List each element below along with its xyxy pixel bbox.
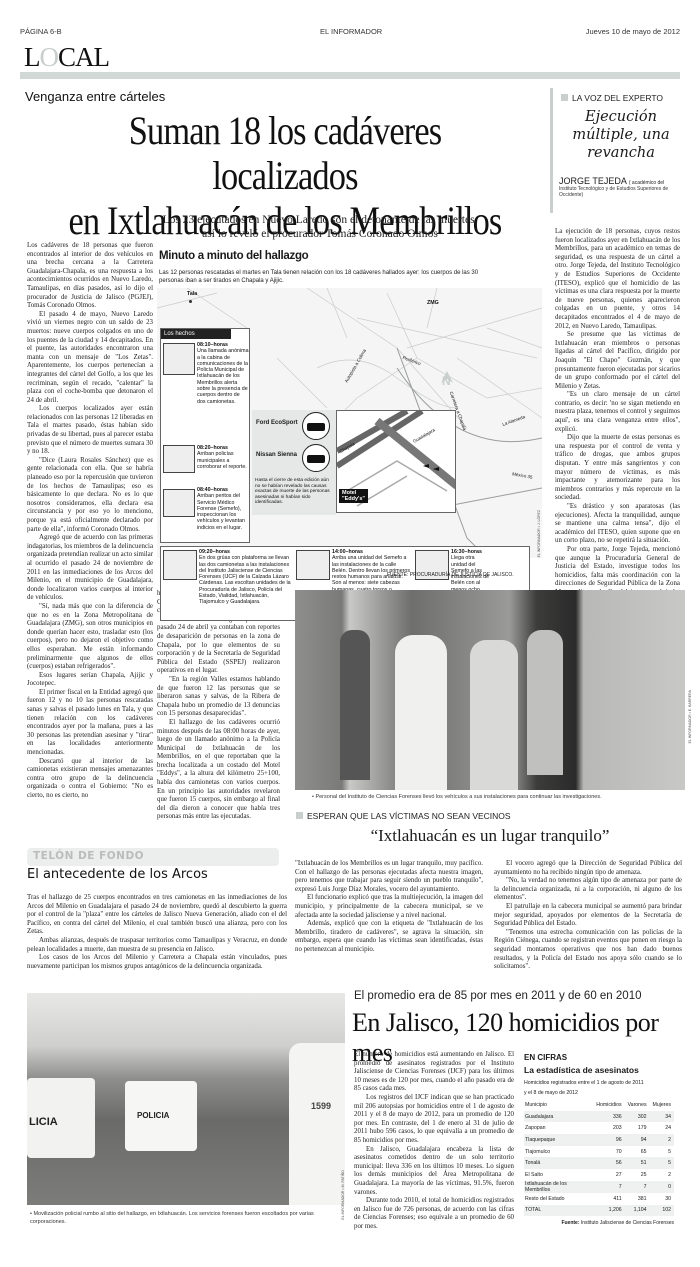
photo-figure [527, 630, 563, 775]
deck-line-1: Los 23 ejecutados en Nuevo Laredo son el… [100, 213, 540, 227]
table-row: Tonalá56515 [524, 1157, 674, 1169]
tow-truck-illustration [163, 550, 197, 580]
table-row: Ixtlahuacán de los Membrillos770 [524, 1181, 674, 1193]
infographic-description: Las 12 personas rescatadas el martes en … [159, 269, 479, 285]
cell: Guadalajara [524, 1111, 593, 1123]
cell: 0 [650, 1181, 674, 1193]
photo-forensic-van: 1599 [289, 1043, 345, 1205]
paragraph: Coronado Olmos aseguró que desde el pasa… [157, 616, 280, 676]
cell: 25 [625, 1169, 650, 1181]
cell: El Salto [524, 1169, 593, 1181]
paragraph: Durante todo 2010, el total de homicidio… [354, 1197, 514, 1231]
police-illustration [163, 445, 195, 473]
main-deck: Los 23 ejecutados en Nuevo Laredo son el… [100, 213, 540, 241]
cell: 411 [593, 1193, 624, 1205]
issue-date: Jueves 10 de mayo de 2012 [586, 27, 680, 36]
homicides-body: El número de homicidios está aumentando … [354, 1051, 514, 1231]
phone-call-illustration [163, 343, 195, 375]
cell: Tlaquepaque [524, 1134, 593, 1146]
stats-subtitle: Homicidios registrados entre el 1 de ago… [524, 1078, 684, 1098]
homicides-table: Municipio Homicidios Varones Mujeres Gua… [524, 1099, 674, 1216]
headline-line-1: Suman 18 los cadáveres localizados [61, 108, 508, 198]
cell: 5 [650, 1157, 674, 1169]
source-label: Fuente: [561, 1220, 579, 1226]
cell: 7 [593, 1181, 624, 1193]
section-rule [20, 72, 680, 79]
paragraph: Descartó que al interior de las camionet… [27, 758, 153, 801]
page-header: PÁGINA 6-B EL INFORMADOR Jueves 10 de ma… [20, 27, 680, 37]
north-label: N [442, 378, 451, 384]
paragraph: "No, la verdad no tenemos algún tipo de … [494, 877, 682, 903]
table-row: Tlajomulco70655 [524, 1146, 674, 1158]
event-0920: 09:20–horas En dos grúas con plataforma … [199, 549, 291, 606]
photo1-caption: • Personal del Instituto de Ciencias For… [312, 794, 602, 800]
cell: 2 [650, 1169, 674, 1181]
sidebar-headline: “Ixtlahuacán es un lugar tranquilo” [295, 826, 685, 846]
cell: 179 [625, 1122, 650, 1134]
background-body: Tras el hallazgo de 25 cuerpos encontrad… [27, 894, 287, 971]
table-header: Municipio Homicidios Varones Mujeres [524, 1099, 674, 1111]
section-title-rest: CAL [58, 42, 109, 72]
paragraph: El primer fiscal en la Entidad agregó qu… [27, 689, 153, 758]
expert-column: La ejecución de 18 personas, cuyos resto… [555, 228, 680, 606]
background-headline: El antecedente de los Arcos [27, 867, 208, 882]
truck-sign: POLICIA [137, 1111, 169, 1120]
cell: 70 [593, 1146, 624, 1158]
stats-title: La estadística de asesinatos [524, 1065, 684, 1075]
event-text: Una llamada anónima a la cabina de comun… [197, 348, 249, 404]
forensics-photo [295, 590, 685, 790]
cell: 94 [625, 1134, 650, 1146]
paragraph: El funcionario explicó que tras la multi… [295, 894, 483, 920]
table-row: El Salto27252 [524, 1169, 674, 1181]
paragraph: Los cadáveres de 18 personas que fueron … [27, 242, 153, 311]
expert-affiliation: Instituto Tecnológico y de Estudios Supe… [559, 186, 683, 198]
main-story-column-1: Los cadáveres de 18 personas que fueron … [27, 242, 153, 801]
table-row: Resto del Estado41138130 [524, 1193, 674, 1205]
cell: 96 [593, 1134, 624, 1146]
cell: 34 [650, 1111, 674, 1123]
cell: 56 [593, 1157, 624, 1169]
vehicles-panel: Ford EcoSport Nissan Sienna Hasta el cie… [252, 410, 336, 515]
paragraph: Ambas alianzas, después de traspasar ter… [27, 937, 287, 954]
author-name: JORGE TEJEDA [559, 176, 626, 186]
paragraph: Dijo que la muerte de estas personas es … [555, 434, 680, 503]
table-row-total: TOTAL1,2061,104102 [524, 1205, 674, 1217]
cell: 336 [593, 1111, 624, 1123]
infographic-source: FUENTE: PROCURADURÍA DE JUSTICIA DE JALI… [387, 572, 514, 578]
paragraph: El patrullaje en la cabecera municipal s… [494, 903, 682, 929]
photo-police-truck-center: POLICIA [125, 1081, 197, 1151]
tala-marker-icon [189, 300, 192, 303]
photo-figure-officer [470, 640, 518, 790]
event-text: Arriban policías municipales a corrobora… [197, 451, 247, 470]
stats-source: Fuente: Instituto Jalisciense de Ciencia… [524, 1220, 674, 1226]
sidebar-column-a: "Ixtlahuacán de los Membrillos es un lug… [295, 860, 483, 955]
police-convoy-photo: LICIA POLICIA 1599 [27, 993, 345, 1205]
cell: Zapopan [524, 1122, 593, 1134]
table-row: Zapopan20317924 [524, 1122, 674, 1134]
map: Tala ZMG Autopista a Colima Periférico C… [157, 288, 542, 558]
cell: Tonalá [524, 1157, 593, 1169]
expert-box: LA VOZ DEL EXPERTO Ejecución múltiple, u… [550, 88, 680, 213]
section-title: LOCAL [24, 42, 109, 73]
section-title-o: O [40, 42, 59, 72]
main-story-column-2: hay ninguna amenaza en contra del Gobier… [157, 590, 280, 822]
paragraph: Agregó que de acuerdo con las primeras i… [27, 534, 153, 603]
event-text: En dos grúas con plataforma se llevan la… [199, 555, 291, 605]
deck-line-2: así lo reveló el procurador Tomás Corona… [100, 227, 540, 241]
stats-box: EN CIFRAS La estadística de asesinatos H… [524, 1053, 684, 1226]
map-label-tala: Tala [187, 291, 197, 297]
cell: 2 [650, 1134, 674, 1146]
paragraph: La ejecución de 18 personas, cuyos resto… [555, 228, 680, 331]
paragraph: "Dice (Laura Rosales Sánchez) que es gen… [27, 457, 153, 534]
sidebar-column-b: El vocero agregó que la Dirección de Seg… [494, 860, 682, 972]
event-0810: 08:10–horas Una llamada anónima a la cab… [197, 342, 249, 405]
cell: Resto del Estado [524, 1193, 593, 1205]
event-0840: 08:40–horas Arriban peritos del Servicio… [197, 487, 249, 531]
stats-subtitle-line-1: Homicidios registrados entre el 1 de ago… [524, 1078, 684, 1088]
paragraph: "Tenemos una estrecha comunicación con l… [494, 929, 682, 972]
infographic-credit: EL INFORMADOR • J. LÓPEZ [537, 510, 541, 557]
map-label-zmg: ZMG [427, 300, 439, 306]
column-header: Varones [625, 1099, 650, 1111]
cell: Tlajomulco [524, 1146, 593, 1158]
infographic-title: Minuto a minuto del hallazgo [159, 250, 308, 262]
paragraph: "Es un claro mensaje de un cártel contra… [555, 391, 680, 434]
unit-number: 1599 [311, 1101, 331, 1111]
column-header: Municipio [524, 1099, 593, 1111]
forensics-illustration [163, 489, 195, 517]
paragraph: Tras el hallazgo de 25 cuerpos encontrad… [27, 894, 287, 937]
cell: 5 [650, 1146, 674, 1158]
paragraph: Los casos de los Arcos del Milenio y Car… [27, 954, 287, 971]
photo1-credit: EL INFORMADOR • E. BARRERA [688, 690, 692, 743]
events-panel: Los hechos 08:10–horas Una llamada anóni… [160, 328, 250, 543]
column-header: Homicidios [593, 1099, 624, 1111]
semefo-van-illustration [296, 550, 330, 580]
van-icon [302, 444, 330, 472]
paragraph: El pasado 4 de mayo, Nuevo Laredo vivió … [27, 311, 153, 406]
events-panel-header: Los hechos [161, 329, 231, 339]
expert-author: JORGE TEJEDA ( académico del [559, 176, 683, 186]
paragraph: Los registros del IJCF indican que se ha… [354, 1094, 514, 1146]
photo2-caption: • Movilización policial rumbo al sitio d… [30, 1210, 342, 1226]
paragraph: El vocero agregó que la Dirección de Seg… [494, 860, 682, 877]
paragraph: En Jalisco, Guadalajara encabeza la list… [354, 1146, 514, 1198]
background-label-bar: TELÓN DE FONDO [27, 848, 279, 866]
paragraph: El hallazgo de los cadáveres ocurrió min… [157, 719, 280, 822]
table-row: Guadalajara33630234 [524, 1111, 674, 1123]
vehicle-label-ecosport: Ford EcoSport [256, 420, 298, 426]
cell: 7 [625, 1181, 650, 1193]
event-0820: 08:20–horas Arriban policías municipales… [197, 445, 249, 470]
cell: 65 [625, 1146, 650, 1158]
paragraph: Esos lugares serían Chapala, Ajijic y Jo… [27, 672, 153, 689]
paragraph: Se presume que las víctimas de Ixtlahuac… [555, 331, 680, 391]
paragraph: "Sí, nada más que con la diferencia de q… [27, 603, 153, 672]
paragraph: Los cuerpos localizados ayer están relac… [27, 405, 153, 457]
paragraph: El número de homicidios está aumentando … [354, 1051, 514, 1094]
cell: 381 [625, 1193, 650, 1205]
infographic: Minuto a minuto del hallazgo Las 12 pers… [157, 250, 542, 580]
suv-icon [302, 412, 330, 440]
paragraph: "En la región Valles estamos hablando de… [157, 676, 280, 719]
cell: 51 [625, 1157, 650, 1169]
homicides-kicker: El promedio era de 85 por mes en 2011 y … [354, 990, 641, 1002]
site-inset-map: Chapala Guadalajara Motel "Eddy's" [336, 410, 456, 513]
truck-sign: LICIA [29, 1116, 58, 1128]
vehicle-note: Hasta el cierre de esta edición aún no s… [255, 478, 333, 506]
cell: Ixtlahuacán de los Membrillos [524, 1181, 593, 1193]
background-label: TELÓN DE FONDO [33, 850, 144, 862]
publication-name: EL INFORMADOR [320, 27, 382, 36]
photo-figure [340, 630, 370, 780]
cell: 27 [593, 1169, 624, 1181]
main-kicker: Venganza entre cárteles [25, 89, 165, 104]
paragraph: Además, explicó que con la etiqueta de "… [295, 920, 483, 954]
page-number: PÁGINA 6-B [20, 27, 62, 36]
cell: 102 [650, 1205, 674, 1217]
paragraph: "Es drástico y son aparatosas (las ejecu… [555, 503, 680, 546]
source-text: Instituto Jalisciense de Ciencias Forens… [581, 1220, 674, 1226]
motel-label: Motel "Eddy's" [339, 489, 368, 503]
photo-figure-white-suit [395, 635, 447, 790]
cell: 30 [650, 1193, 674, 1205]
cell: 24 [650, 1122, 674, 1134]
vehicle-label-sienna: Nissan Sienna [256, 452, 297, 458]
cell: TOTAL [524, 1205, 593, 1217]
motel-label-line-2: "Eddy's" [342, 496, 365, 502]
expert-title: Ejecución múltiple, una revancha [559, 108, 683, 162]
section-title-l: L [24, 42, 40, 72]
cell: 1,104 [625, 1205, 650, 1217]
sidebar-kicker: ESPERAN QUE LAS VÍCTIMAS NO SEAN VECINOS [296, 811, 511, 821]
table-row: Tlaquepaque96942 [524, 1134, 674, 1146]
stats-kicker: EN CIFRAS [524, 1053, 684, 1062]
expert-label: LA VOZ DEL EXPERTO [561, 93, 663, 103]
paragraph: "Ixtlahuacán de los Membrillos es un lug… [295, 860, 483, 894]
event-text: Arriban peritos del Servicio Médico Fore… [197, 493, 245, 530]
cell: 1,206 [593, 1205, 624, 1217]
stats-subtitle-line-2: y el 8 de mayo de 2012 [524, 1088, 684, 1098]
photo-police-truck-left: LICIA [27, 1078, 95, 1158]
cell: 203 [593, 1122, 624, 1134]
cell: 302 [625, 1111, 650, 1123]
column-header: Mujeres [650, 1099, 674, 1111]
